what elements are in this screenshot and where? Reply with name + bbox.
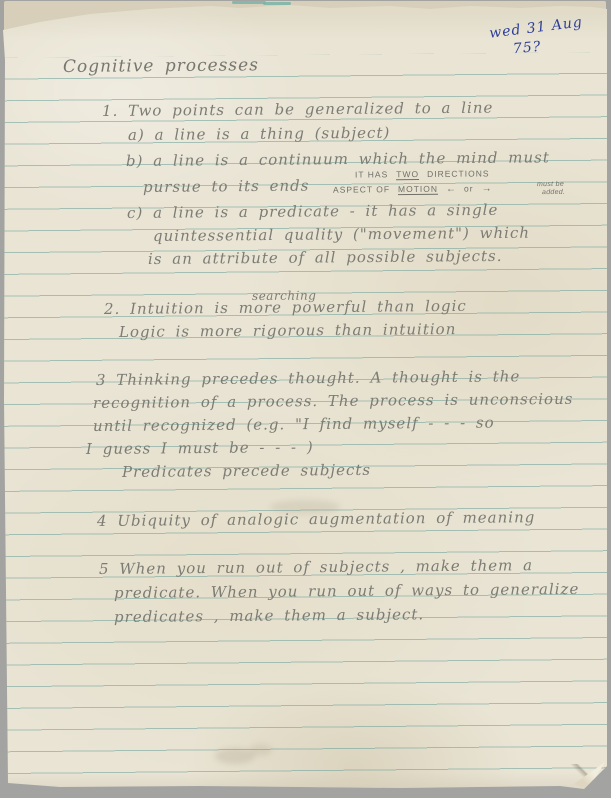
handwritten-line: I guess I must be - - - ) xyxy=(86,438,314,458)
teal-edge-mark xyxy=(263,2,291,5)
left-arrow-icon: ← xyxy=(446,184,456,195)
handwritten-line: Predicates precede subjects xyxy=(122,461,371,481)
handwritten-line: 3 Thinking precedes thought. A thought i… xyxy=(96,367,520,389)
handwritten-line: quintessential quality ("movement") whic… xyxy=(153,224,530,245)
annotation-text: IT HAS xyxy=(355,169,388,179)
paper-stain xyxy=(215,748,255,764)
handwritten-line: pursue to its ends xyxy=(143,177,310,196)
annotation-text: ASPECT OF xyxy=(333,184,390,194)
printed-annotation-line2: ASPECT OFMOTION←or→ xyxy=(333,183,492,195)
printed-annotation-note1: must be xyxy=(537,181,564,188)
handwritten-line: predicates , make them a subject. xyxy=(114,605,424,626)
handwritten-line: 1. Two points can be generalized to a li… xyxy=(102,99,493,120)
paper-sheet: wed 31 Aug 75? Cognitive processes 1. Tw… xyxy=(0,0,611,798)
handwritten-line: a) a line is a thing (subject) xyxy=(128,124,390,144)
handwritten-line: until recognized (e.g. "I find myself - … xyxy=(93,413,495,435)
handwritten-line: is an attribute of all possible subjects… xyxy=(148,247,503,268)
teal-edge-mark xyxy=(232,1,266,4)
printed-annotation-note2: added. xyxy=(542,189,565,196)
printed-annotation-line1: IT HASTWODIRECTIONS xyxy=(355,168,490,179)
annotation-underlined-word: MOTION xyxy=(398,184,438,195)
handwritten-line: 4 Ubiquity of analogic augmentation of m… xyxy=(97,508,535,530)
annotation-text: DIRECTIONS xyxy=(427,168,490,179)
handwritten-line: b) a line is a continuum which the mind … xyxy=(126,148,550,170)
annotation-text: or xyxy=(464,183,474,193)
handwritten-line: Logic is more rigorous than intuition xyxy=(119,320,456,341)
page-title: Cognitive processes xyxy=(63,55,259,77)
scanned-page: wed 31 Aug 75? Cognitive processes 1. Tw… xyxy=(0,0,611,798)
handwritten-line: c) a line is a predicate - it has a sing… xyxy=(127,201,498,222)
date-annotation-line1: wed 31 Aug xyxy=(488,14,583,41)
right-arrow-icon: → xyxy=(482,183,492,194)
handwritten-line: 5 When you run out of subjects , make th… xyxy=(99,556,533,578)
handwritten-line: 2. Intuition is more powerful than logic xyxy=(104,297,467,318)
date-annotation-line2: 75? xyxy=(512,39,542,57)
paper-stain xyxy=(250,744,272,756)
annotation-underlined-word: TWO xyxy=(396,169,419,180)
